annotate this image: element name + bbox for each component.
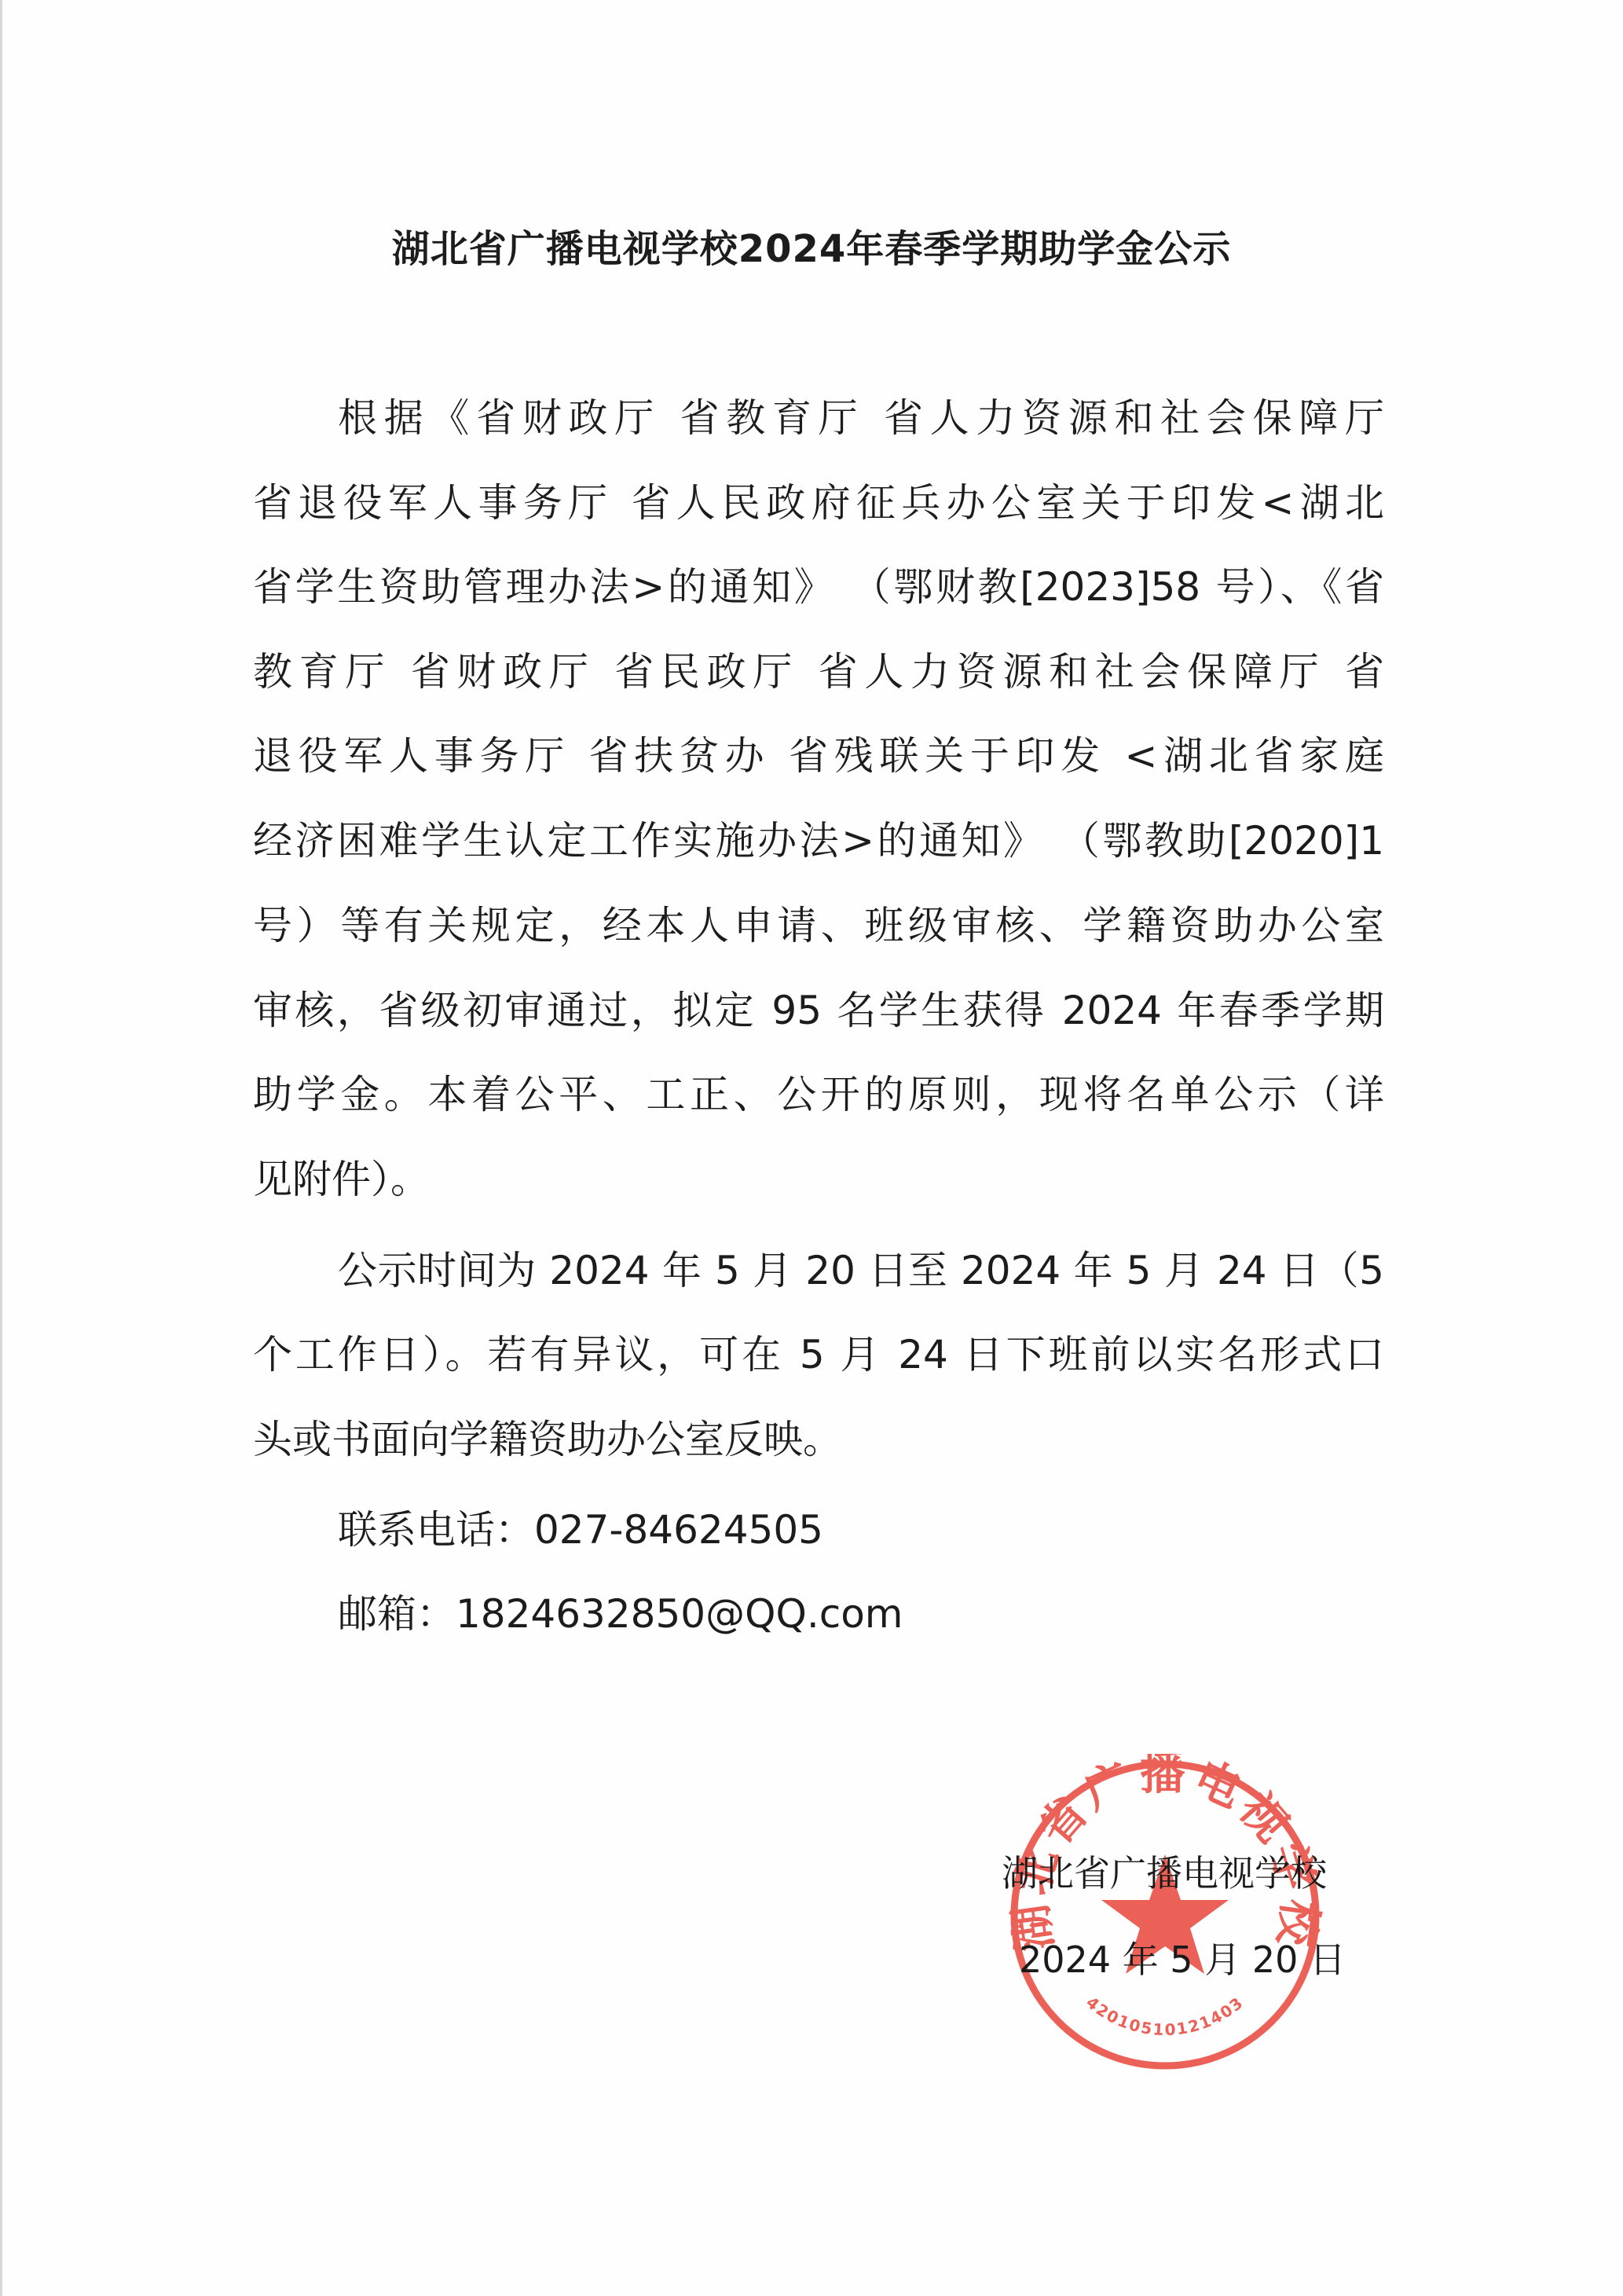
signature-organization: 湖北省广播电视学校 bbox=[1002, 1845, 1327, 1897]
signature-date: 2024 年 5 月 20 日 bbox=[1019, 1931, 1346, 1983]
paragraph-line: 教育厅 省财政厅 省民政厅 省人力资源和社会保障厅 省 bbox=[253, 648, 1384, 695]
paragraph-line: 见附件）。 bbox=[253, 1156, 1384, 1203]
paragraph-line: 省退役军人事务厅 省人民政府征兵办公室关于印发<湖北 bbox=[253, 479, 1384, 526]
contact-phone: 联系电话：027-84624505 bbox=[338, 1506, 1384, 1553]
contact-email: 邮箱：1824632850@QQ.com bbox=[338, 1590, 1384, 1638]
paragraph-line: 退役军人事务厅 省扶贫办 省残联关于印发 <湖北省家庭 bbox=[253, 732, 1384, 779]
paragraph-line: 公示时间为 2024 年 5 月 20 日至 2024 年 5 月 24 日（5 bbox=[338, 1247, 1384, 1294]
paragraph-line: 助学金。本着公平、工正、公开的原则，现将名单公示（详 bbox=[253, 1071, 1384, 1118]
paragraph-line: 个工作日）。若有异议，可在 5 月 24 日下班前以实名形式口 bbox=[253, 1331, 1384, 1378]
svg-text:42010510121403: 42010510121403 bbox=[1083, 1993, 1247, 2039]
paragraph-line: 根据《省财政厅 省教育厅 省人力资源和社会保障厅 bbox=[338, 394, 1384, 442]
paragraph-line: 审核，省级初审通过，拟定 95 名学生获得 2024 年春季学期 bbox=[253, 987, 1384, 1034]
paragraph-line: 经济困难学生认定工作实施办法>的通知》 （鄂教助[2020]1 bbox=[253, 817, 1384, 864]
document-title: 湖北省广播电视学校2024年春季学期助学金公示 bbox=[0, 218, 1623, 273]
paragraph-line: 省学生资助管理办法>的通知》 （鄂财教[2023]58 号）、《省 bbox=[253, 563, 1384, 611]
official-seal-icon: 湖北省广播电视学校 42010510121403 bbox=[1004, 1754, 1326, 2076]
scan-edge bbox=[0, 0, 2, 2296]
paragraph-line: 号）等有关规定，经本人申请、班级审核、学籍资助办公室 bbox=[253, 902, 1384, 949]
paragraph-line: 头或书面向学籍资助办公室反映。 bbox=[253, 1416, 1384, 1463]
document-page: 湖北省广播电视学校2024年春季学期助学金公示 根据《省财政厅 省教育厅 省人力… bbox=[0, 0, 1623, 2296]
